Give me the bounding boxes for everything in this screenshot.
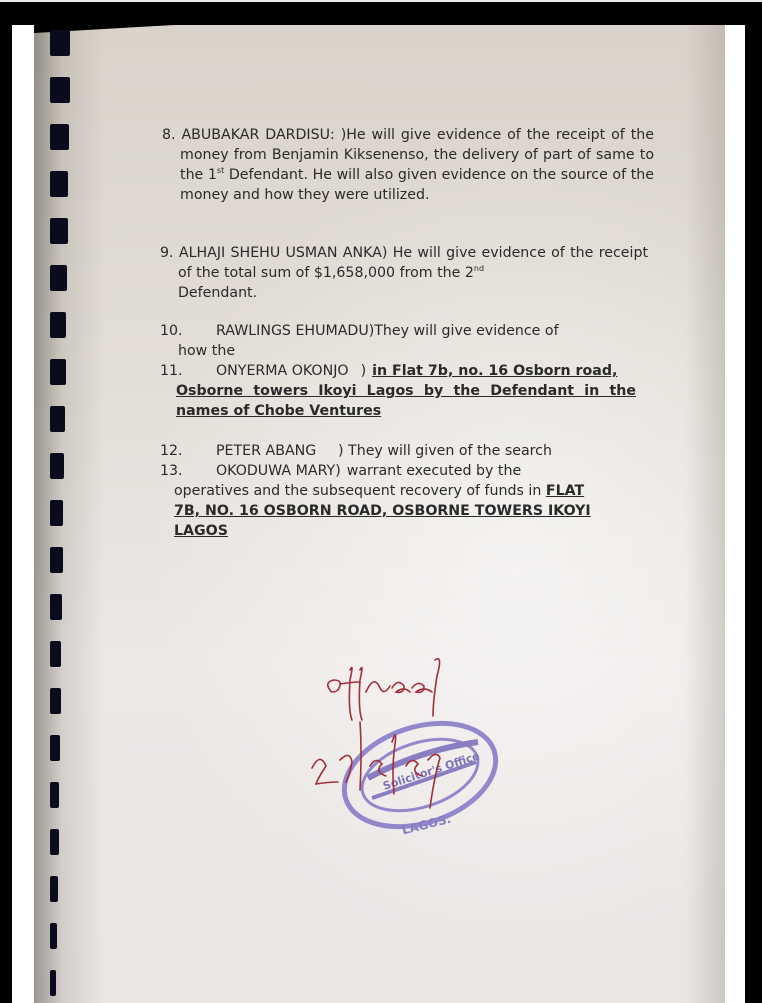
witness-name: RAWLINGS EHUMADU) — [216, 321, 374, 341]
witness-items-12-13: 12. PETER ABANG ) They will given of the… — [160, 441, 636, 541]
witness-name: OKODUWA MARY) — [216, 461, 341, 481]
handwritten-annotation-and-stamp: Solicitor's Office LAGOS. — [300, 650, 540, 840]
witness-item-9: 9. ALHAJI SHEHU USMAN ANKA) He will give… — [160, 243, 648, 303]
address-line: names of Chobe Ventures — [160, 401, 636, 421]
address-line: 7B, NO. 16 OSBORN ROAD, OSBORNE TOWERS I… — [160, 501, 636, 521]
svg-text:LAGOS.: LAGOS. — [400, 812, 452, 838]
handwritten-official-note — [312, 659, 440, 808]
office-stamp: Solicitor's Office LAGOS. — [331, 705, 509, 840]
witness-name: ABUBAKAR DARDISU: — [181, 127, 334, 143]
witness-name: ALHAJI SHEHU USMAN ANKA) — [179, 245, 388, 261]
item-number: 8. — [162, 127, 176, 143]
document-content: 8. ABUBAKAR DARDISU: )He will give evide… — [0, 0, 762, 1003]
witness-name: ONYERMA OKONJO — [216, 361, 349, 381]
witness-item-10: 10. RAWLINGS EHUMADU) They will give evi… — [160, 321, 636, 341]
witness-items-10-11: 10. RAWLINGS EHUMADU) They will give evi… — [160, 321, 636, 421]
witness-item-13: 13. OKODUWA MARY) warrant executed by th… — [160, 461, 636, 481]
witness-item-8: 8. ABUBAKAR DARDISU: )He will give evide… — [162, 125, 654, 205]
address-line: LAGOS — [160, 521, 636, 541]
witness-name: PETER ABANG — [216, 441, 338, 461]
item-number: 9. — [160, 245, 174, 261]
address-line: Osborne towers Ikoyi Lagos by the Defend… — [160, 381, 636, 401]
witness-item-12: 12. PETER ABANG ) They will given of the… — [160, 441, 636, 461]
witness-item-11: 11. ONYERMA OKONJO ) in Flat 7b, no. 16 … — [160, 361, 636, 381]
